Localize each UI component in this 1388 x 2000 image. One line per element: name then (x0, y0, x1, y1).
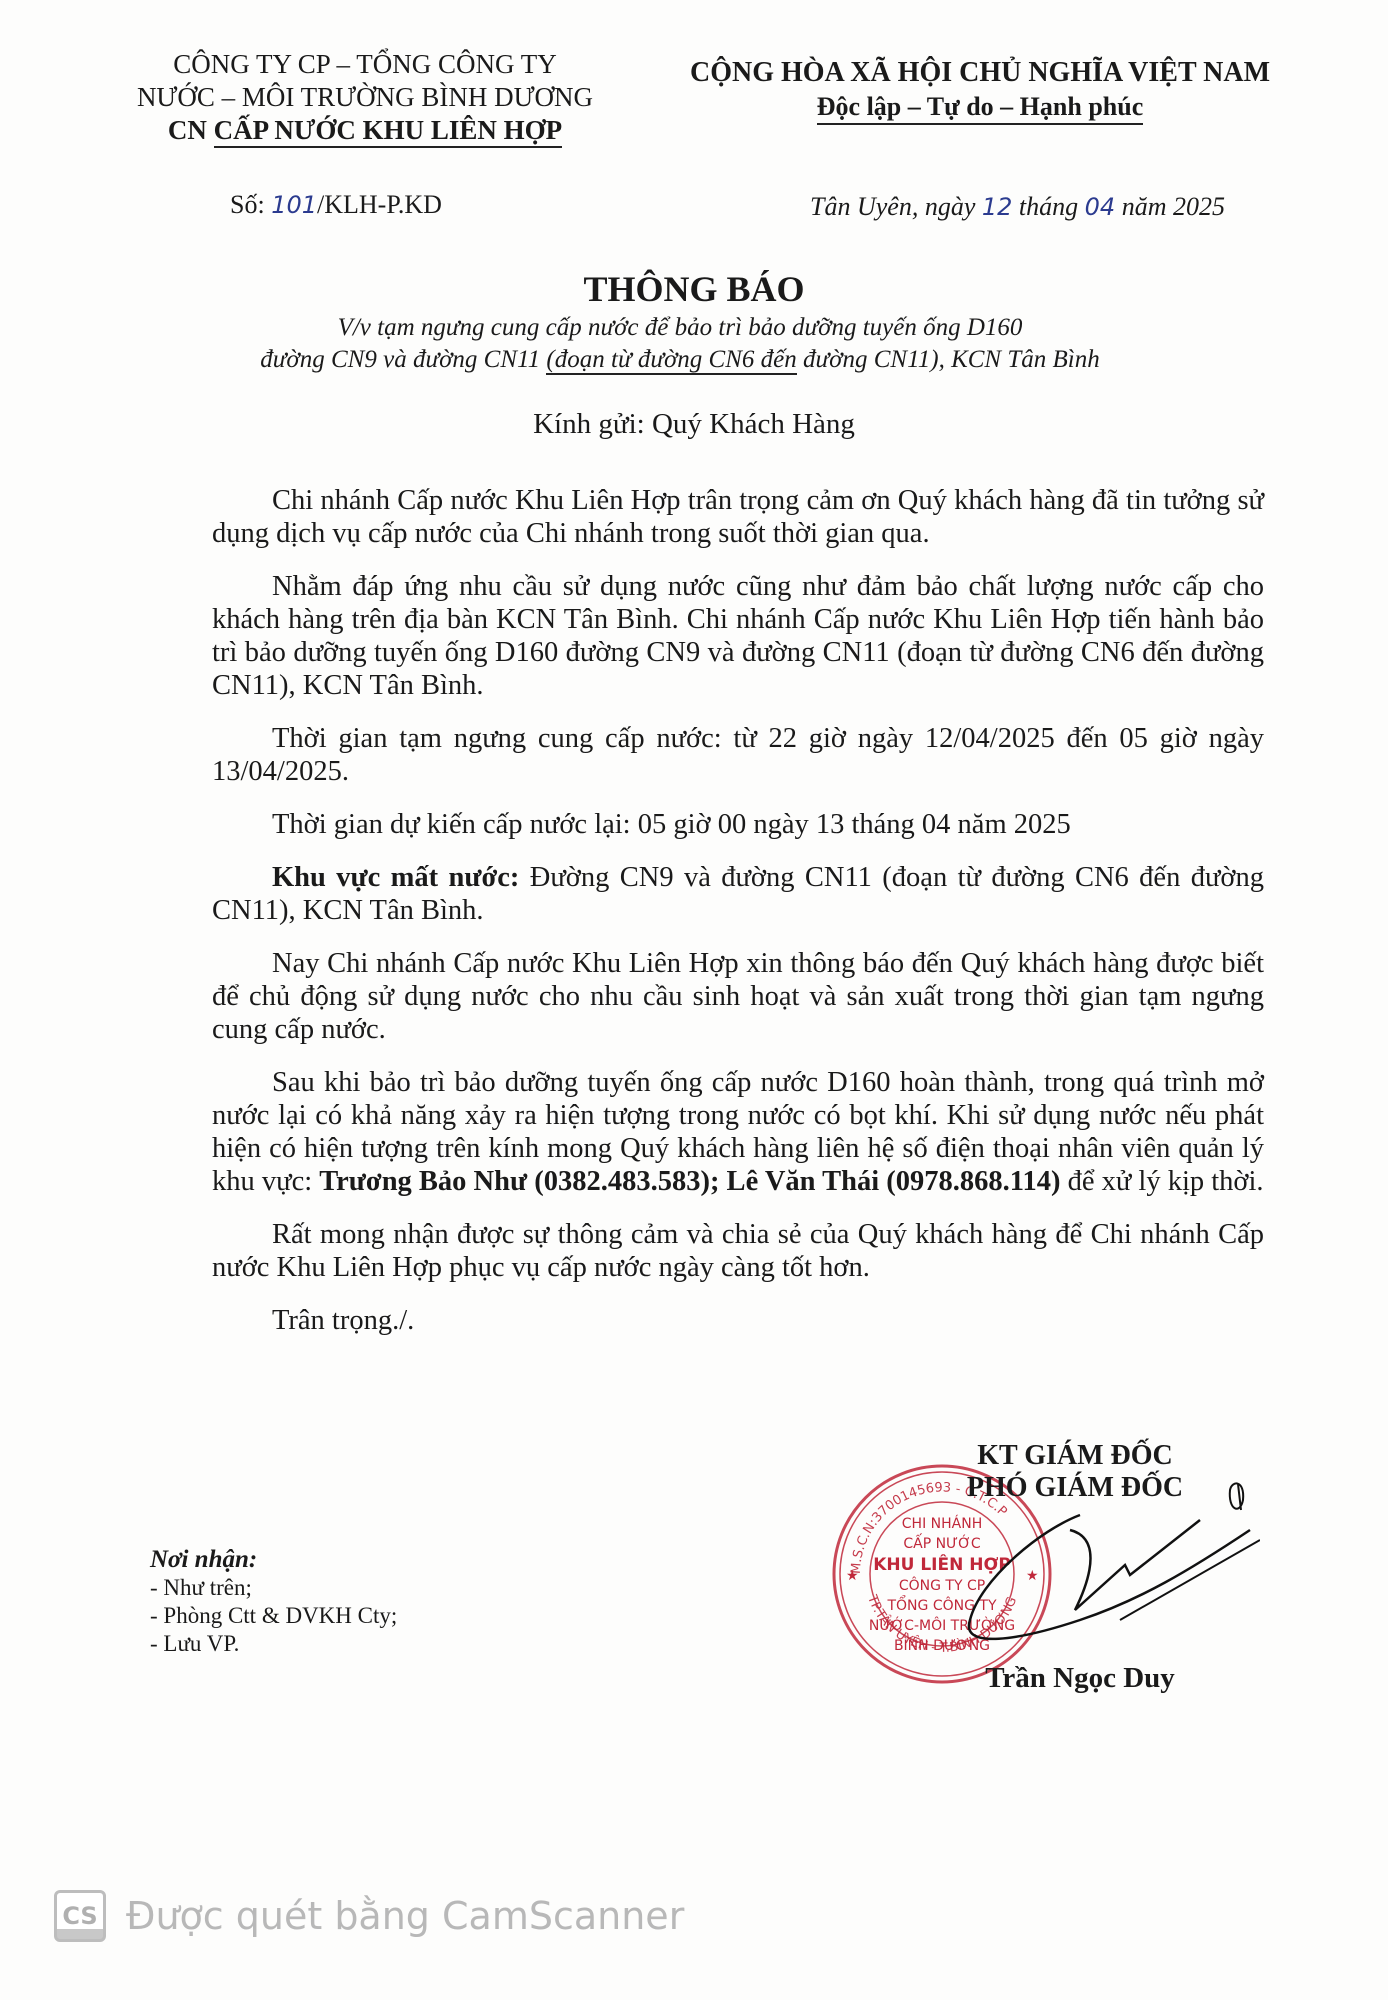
reference-label: Số: (230, 190, 271, 219)
document-body: Chi nhánh Cấp nước Khu Liên Hợp trân trọ… (212, 484, 1264, 1357)
reference-suffix: /KLH-P.KD (317, 190, 442, 219)
salutation: Kính gửi: Quý Khách Hàng (0, 408, 1388, 441)
body-paragraph: Chi nhánh Cấp nước Khu Liên Hợp trân trọ… (212, 484, 1264, 550)
affected-area: Khu vực mất nước: Đường CN9 và đường CN1… (212, 861, 1264, 927)
place-date: Tân Uyên, ngày 12 tháng 04 năm 2025 (810, 192, 1225, 222)
national-title: CỘNG HÒA XÃ HỘI CHỦ NGHĨA VIỆT NAM (670, 56, 1290, 90)
contact-persons: Trương Bảo Như (0382.483.583); Lê Văn Th… (319, 1166, 1060, 1197)
national-motto: Độc lập – Tự do – Hạnh phúc (670, 90, 1290, 124)
paragraph-text: Rất mong nhận được sự thông cảm và chia … (212, 1219, 1264, 1283)
paragraph-text: Nay Chi nhánh Cấp nước Khu Liên Hợp xin … (212, 948, 1264, 1045)
body-paragraph: Nay Chi nhánh Cấp nước Khu Liên Hợp xin … (212, 947, 1264, 1046)
affected-area-label: Khu vực mất nước: (272, 862, 519, 893)
paragraph-text-end: để xử lý kịp thời. (1060, 1166, 1263, 1197)
issuer-branch: CN CẤP NƯỚC KHU LIÊN HỢP (110, 114, 620, 147)
handwritten-signature-icon (960, 1470, 1260, 1670)
body-paragraph: Rất mong nhận được sự thông cảm và chia … (212, 1218, 1264, 1284)
document-title: THÔNG BÁO (0, 268, 1388, 310)
reference-handwritten-number: 101 (271, 191, 317, 219)
suspension-time: Thời gian tạm ngưng cung cấp nước: từ 22… (212, 722, 1264, 788)
month-label: tháng (1012, 192, 1084, 221)
closing-text: Trân trọng./. (272, 1305, 414, 1336)
recipient-item: - Lưu VP. (150, 1630, 397, 1658)
recipients-heading: Nơi nhận: (150, 1546, 397, 1574)
reference-number: Số: 101/KLH-P.KD (230, 190, 442, 220)
paragraph-text: Thời gian tạm ngưng cung cấp nước: từ 22… (212, 723, 1264, 787)
recipients-list: Nơi nhận: - Như trên; - Phòng Ctt & DVKH… (150, 1546, 397, 1658)
recipient-item: - Như trên; (150, 1574, 397, 1602)
resume-time: Thời gian dự kiến cấp nước lại: 05 giờ 0… (212, 808, 1264, 841)
camscanner-watermark: CS Được quét bằng CamScanner (54, 1890, 684, 1942)
issuer-branch-prefix: CN (168, 115, 214, 145)
national-motto-text: Độc lập – Tự do – Hạnh phúc (817, 92, 1144, 125)
issuer-header: CÔNG TY CP – TỔNG CÔNG TY NƯỚC – MÔI TRƯ… (110, 48, 620, 147)
year-label: năm 2025 (1115, 192, 1225, 221)
svg-text:★: ★ (846, 1569, 859, 1584)
handwritten-day: 12 (982, 193, 1013, 221)
body-paragraph: Nhằm đáp ứng nhu cầu sử dụng nước cũng n… (212, 570, 1264, 702)
contact-paragraph: Sau khi bảo trì bảo dưỡng tuyến ống cấp … (212, 1066, 1264, 1198)
subject-line-2: đường CN9 và đường CN11 (đoạn từ đường C… (130, 344, 1230, 376)
subject-line-2a: đường CN9 và đường CN11 (260, 346, 546, 373)
paragraph-text: Thời gian dự kiến cấp nước lại: 05 giờ 0… (272, 809, 1071, 840)
national-header: CỘNG HÒA XÃ HỘI CHỦ NGHĨA VIỆT NAM Độc l… (670, 56, 1290, 124)
subject-line-2b: đường CN11), KCN Tân Bình (797, 346, 1100, 373)
issuer-line-2: NƯỚC – MÔI TRƯỜNG BÌNH DƯƠNG (110, 81, 620, 114)
camscanner-logo-icon: CS (54, 1890, 106, 1942)
document-subject: V/v tạm ngưng cung cấp nước để bảo trì b… (130, 312, 1230, 376)
subject-line-1: V/v tạm ngưng cung cấp nước để bảo trì b… (130, 312, 1230, 344)
recipient-item: - Phòng Ctt & DVKH Cty; (150, 1602, 397, 1630)
issuer-line-1: CÔNG TY CP – TỔNG CÔNG TY (110, 48, 620, 81)
issuer-branch-name: CẤP NƯỚC KHU LIÊN HỢP (214, 115, 563, 148)
paragraph-text: Chi nhánh Cấp nước Khu Liên Hợp trân trọ… (212, 485, 1264, 549)
paragraph-text: Nhằm đáp ứng nhu cầu sử dụng nước cũng n… (212, 571, 1264, 701)
signer-title-1: KT GIÁM ĐỐC (890, 1440, 1260, 1472)
watermark-text: Được quét bằng CamScanner (126, 1894, 684, 1938)
closing: Trân trọng./. (212, 1304, 1264, 1337)
place-date-prefix: Tân Uyên, ngày (810, 192, 982, 221)
handwritten-month: 04 (1085, 193, 1116, 221)
subject-line-2-underlined: (đoạn từ đường CN6 đến (546, 346, 796, 375)
